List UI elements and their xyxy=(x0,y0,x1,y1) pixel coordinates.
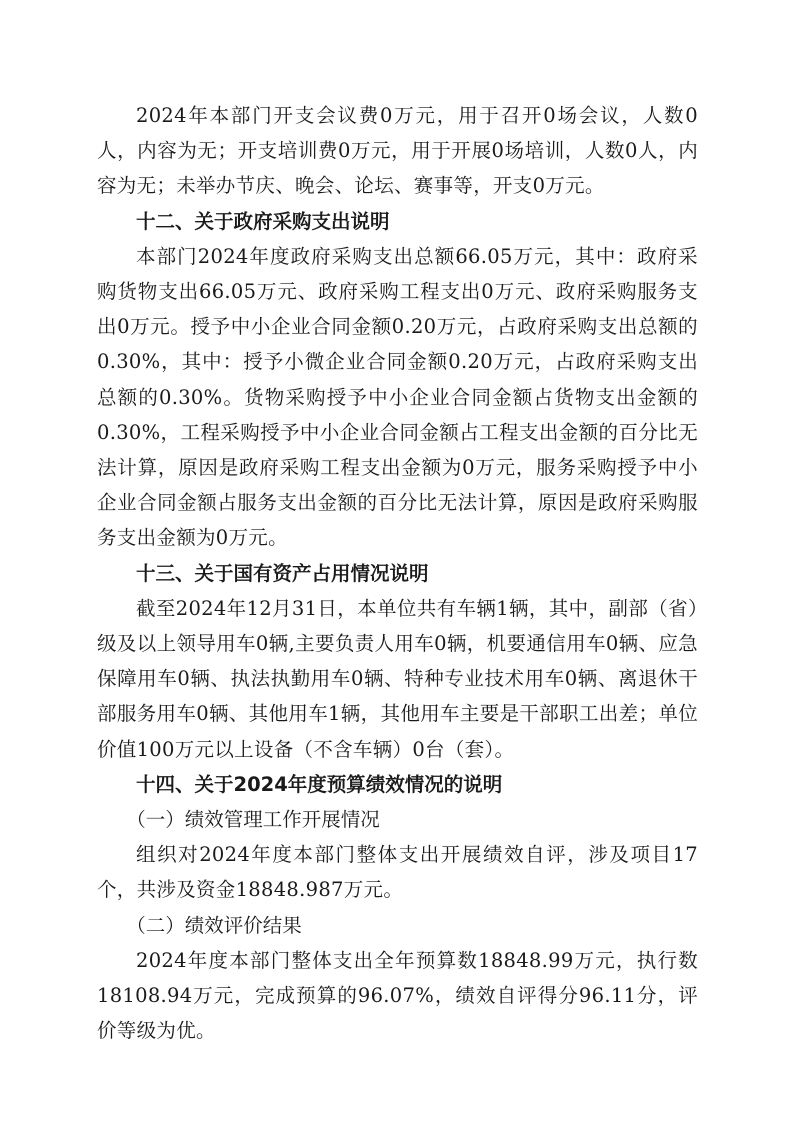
heading-government-procurement: 十二、关于政府采购支出说明 xyxy=(97,204,698,239)
paragraph-performance-management: 组织对2024年度本部门整体支出开展绩效自评，涉及项目17个，共涉及资金1884… xyxy=(97,837,698,907)
paragraph-meeting-training-expenses: 2024年本部门开支会议费0万元，用于召开0场会议，人数0人，内容为无；开支培训… xyxy=(97,98,698,204)
heading-budget-performance: 十四、关于2024年度预算绩效情况的说明 xyxy=(97,767,698,802)
subheading-performance-management: （一）绩效管理工作开展情况 xyxy=(97,802,698,837)
paragraph-state-assets: 截至2024年12月31日，本单位共有车辆1辆，其中，副部（省）级及以上领导用车… xyxy=(97,591,698,767)
document-page: 2024年本部门开支会议费0万元，用于召开0场会议，人数0人，内容为无；开支培训… xyxy=(97,98,698,1048)
heading-state-assets: 十三、关于国有资产占用情况说明 xyxy=(97,556,698,591)
paragraph-government-procurement: 本部门2024年度政府采购支出总额66.05万元，其中：政府采购货物支出66.0… xyxy=(97,239,698,556)
subheading-evaluation-results: （二）绩效评价结果 xyxy=(97,908,698,943)
paragraph-evaluation-results: 2024年度本部门整体支出全年预算数18848.99万元，执行数18108.94… xyxy=(97,943,698,1049)
